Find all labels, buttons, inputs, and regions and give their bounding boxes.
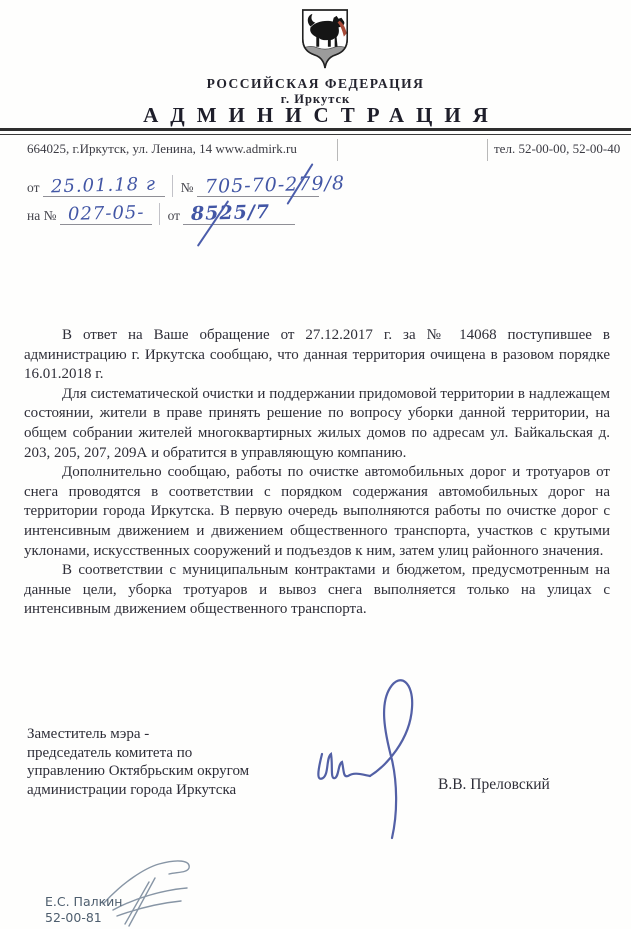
signer-position-line-3: управлению Октябрьским округом [27,762,327,781]
incoming-number-handwritten: 027-05- [68,202,145,225]
phone-numbers: тел. 52-00-00, 52-00-40 [494,141,620,157]
header-divider [0,128,631,135]
paragraph-2: Для систематической очистки и поддержани… [24,385,610,463]
reply-to-label: на № [27,208,56,225]
paragraph-3: Дополнительно сообщаю, работы по очистке… [24,463,610,561]
signer-name: В.В. Преловский [438,776,550,794]
outgoing-date-field: 25.01.18 г [43,172,165,197]
executor-phone: 52-00-81 [45,910,122,926]
document-page: РОССИЙСКАЯ ФЕДЕРАЦИЯ г. Иркутск АДМИНИСТ… [0,0,631,929]
outgoing-reference-row: от 25.01.18 г № 705-70-279/8 [27,172,319,198]
signer-position-line-4: администрации города Иркутска [27,781,327,800]
contact-row: 664025, г.Иркутск, ул. Ленина, 14 www.ad… [0,141,631,161]
incoming-number-field: 027-05- [60,200,152,225]
country-title: РОССИЙСКАЯ ФЕДЕРАЦИЯ [0,76,631,92]
incoming-date-label: от [168,208,180,225]
paragraph-1: В ответ на Ваше обращение от 27.12.2017 … [24,326,610,385]
executor-name: Е.С. Палкин [45,894,122,910]
field-separator-2 [159,203,160,225]
paragraph-4: В соответствии с муниципальным контракта… [24,561,610,620]
contact-divider [337,139,338,161]
letter-body: В ответ на Ваше обращение от 27.12.2017 … [24,326,610,620]
contact-divider-2 [487,139,488,161]
incoming-date-field: 8525/7 [183,200,295,225]
signer-position-line-1: Заместитель мэра - [27,725,327,744]
irkutsk-coat-of-arms-icon [296,7,354,73]
number-label: № [181,180,194,197]
from-label: от [27,180,39,197]
executor-block: Е.С. Палкин 52-00-81 [45,894,122,926]
organization-title: АДМИНИСТРАЦИЯ [0,103,631,128]
signer-position-line-2: председатель комитета по [27,744,327,763]
outgoing-date-handwritten: 25.01.18 г [51,174,156,198]
signer-position: Заместитель мэра - председатель комитета… [27,725,327,799]
outgoing-number-handwritten: 705-70-279/8 [205,172,346,198]
official-signature-icon [308,666,448,844]
postal-address: 664025, г.Иркутск, ул. Ленина, 14 www.ad… [27,141,297,157]
field-separator [172,175,173,197]
incoming-reference-row: на № 027-05- от 8525/7 [27,200,295,226]
incoming-date-handwritten: 8525/7 [191,201,271,225]
